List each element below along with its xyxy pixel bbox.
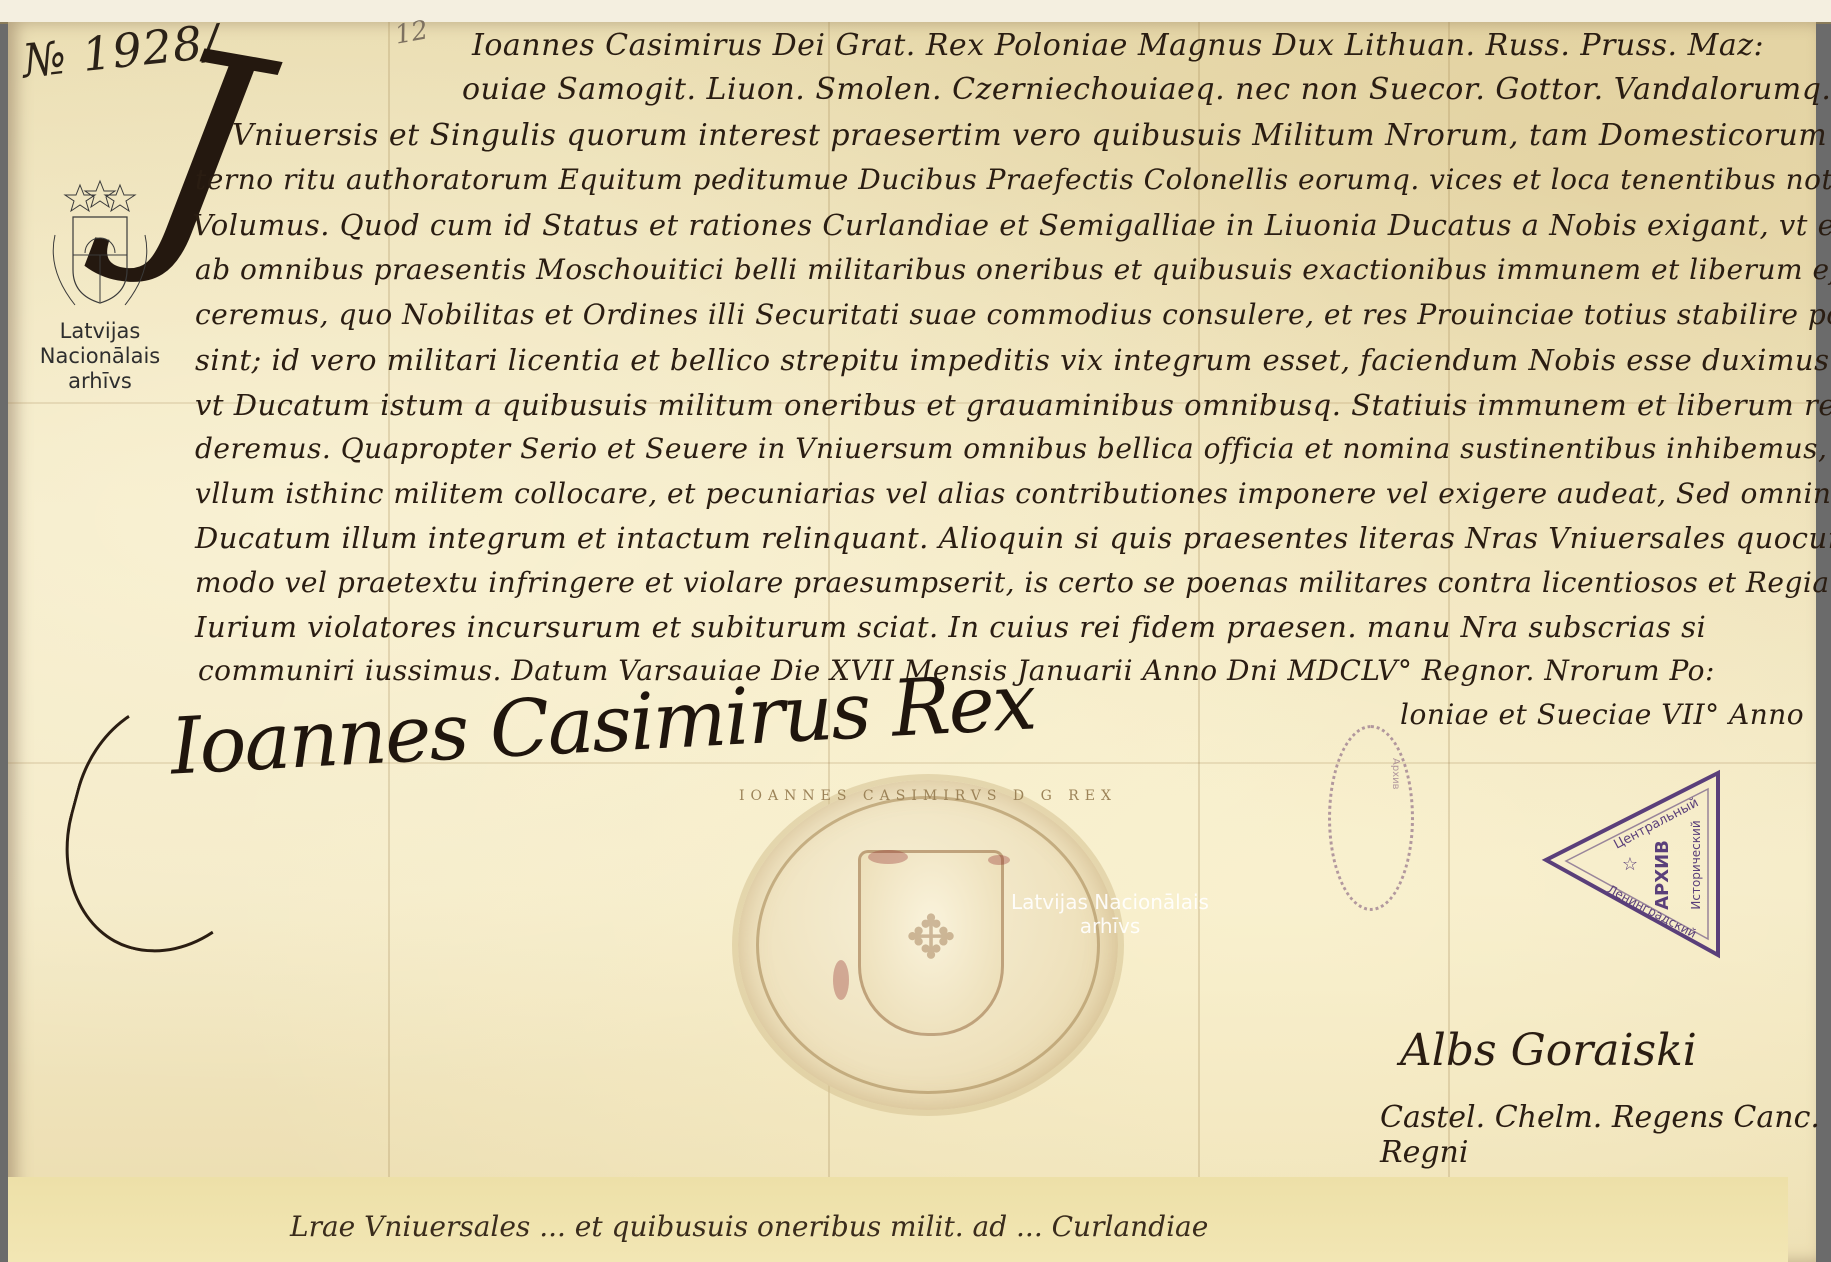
watermark-line-2: arhīvs: [990, 914, 1230, 938]
text-line: Iurium violatores incursurum et subituru…: [195, 610, 1706, 644]
svg-text:☆: ☆: [1622, 854, 1638, 875]
text-line: Vniuersis et Singulis quorum interest pr…: [232, 118, 1831, 153]
coat-of-arms-icon: [45, 175, 155, 315]
text-line: Ducatum illum integrum et intactum relin…: [195, 521, 1831, 555]
text-line: ab omnibus praesentis Moschouitici belli…: [195, 253, 1831, 286]
chancellor-title: Castel. Chelm. Regens Canc. Regni: [1380, 1100, 1831, 1170]
chancellor-signature: Albs Goraiski: [1400, 1025, 1697, 1076]
text-line: terno ritu authoratorum Equitum peditumu…: [195, 163, 1831, 196]
seal-shield: ✥: [858, 850, 1004, 1036]
watermark-line-1: Latvijas Nacionālais: [10, 319, 190, 369]
text-line: sint; id vero militari licentia et belli…: [195, 343, 1829, 377]
wax-trace: [868, 850, 908, 864]
triangle-stamp-icon: Центральный АРХИВ Исторический Ленинград…: [1540, 765, 1740, 965]
watermark-line-1: Latvijas Nacionālais: [990, 890, 1230, 914]
eagle-icon: ✥: [861, 903, 1001, 973]
text-line: loniae et Sueciae VII° Anno: [1400, 698, 1804, 731]
text-line: ceremus, quo Nobilitas et Ordines illi S…: [195, 298, 1831, 331]
folio-mark: 12: [393, 15, 431, 50]
svg-text:АРХИВ: АРХИВ: [1652, 840, 1673, 910]
archive-watermark-center: Latvijas Nacionālais arhīvs: [990, 890, 1230, 938]
text-line: vllum isthinc militem collocare, et pecu…: [195, 477, 1831, 510]
oval-stamp-text: Архив: [1341, 758, 1401, 790]
text-line: Ioannes Casimirus Dei Grat. Rex Poloniae…: [472, 28, 1764, 63]
text-line: ouiae Samogit. Liuon. Smolen. Czerniecho…: [462, 72, 1831, 107]
triangular-archive-stamp: Центральный АРХИВ Исторический Ленинград…: [1540, 765, 1740, 965]
endorsement-note: Lrae Vniuersales ... et quibusuis onerib…: [290, 1210, 1208, 1243]
wax-trace: [833, 960, 849, 1000]
wax-seal: IOANNES CASIMIRVS D G REX ✥: [738, 780, 1118, 1110]
oval-archive-stamp: Архив: [1328, 725, 1414, 911]
text-line: deremus. Quapropter Serio et Seuere in V…: [195, 432, 1831, 465]
seal-legend: IOANNES CASIMIRVS D G REX: [738, 788, 1118, 804]
archive-watermark-left: Latvijas Nacionālais arhīvs: [10, 175, 190, 395]
watermark-line-2: arhīvs: [10, 369, 190, 394]
text-line: Volumus. Quod cum id Status et rationes …: [192, 208, 1831, 242]
text-line: modo vel praetextu infringere et violare…: [195, 566, 1831, 599]
svg-text:Исторический: Исторический: [1689, 820, 1703, 909]
text-line: vt Ducatum istum a quibusuis militum one…: [195, 388, 1831, 422]
wax-trace: [988, 855, 1010, 865]
